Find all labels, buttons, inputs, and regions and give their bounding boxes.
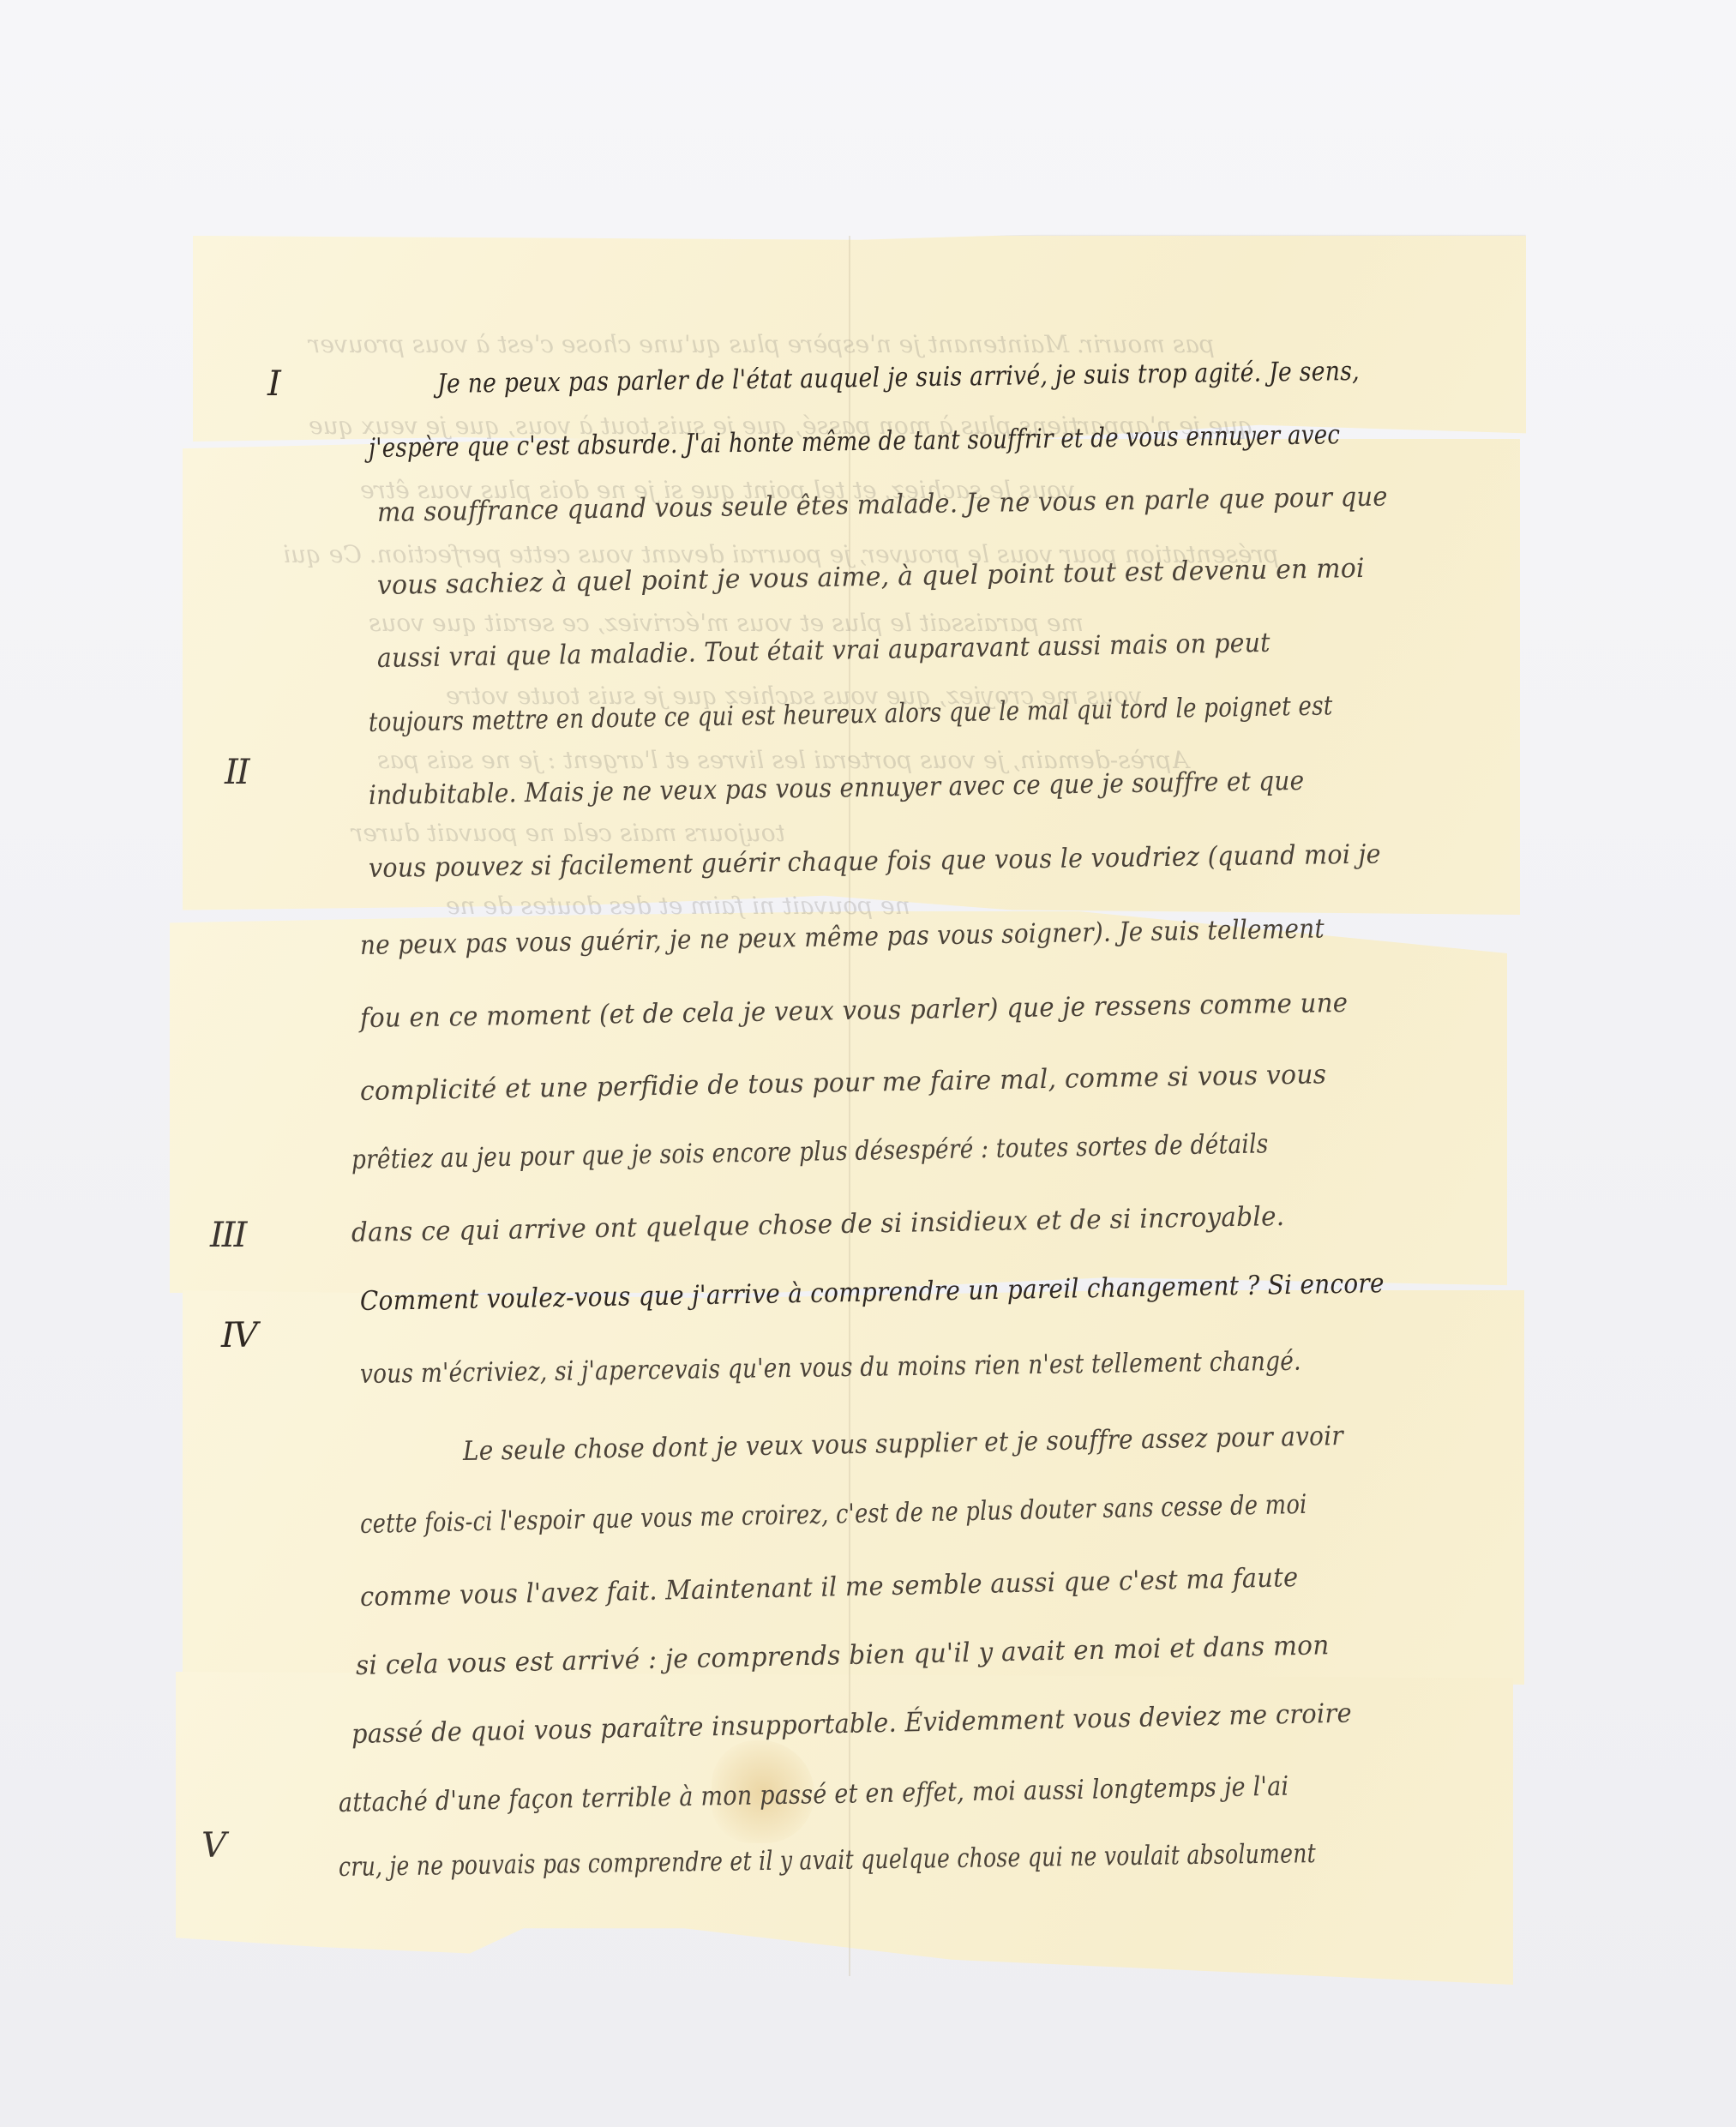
letter-fragment-4 bbox=[183, 1290, 1524, 1685]
margin-numeral-5: V bbox=[201, 1826, 225, 1866]
margin-numeral-3: III bbox=[210, 1216, 245, 1255]
margin-numeral-4: IV bbox=[221, 1316, 256, 1355]
margin-numeral-2: II bbox=[225, 753, 249, 792]
margin-numeral-1: I bbox=[267, 364, 279, 404]
